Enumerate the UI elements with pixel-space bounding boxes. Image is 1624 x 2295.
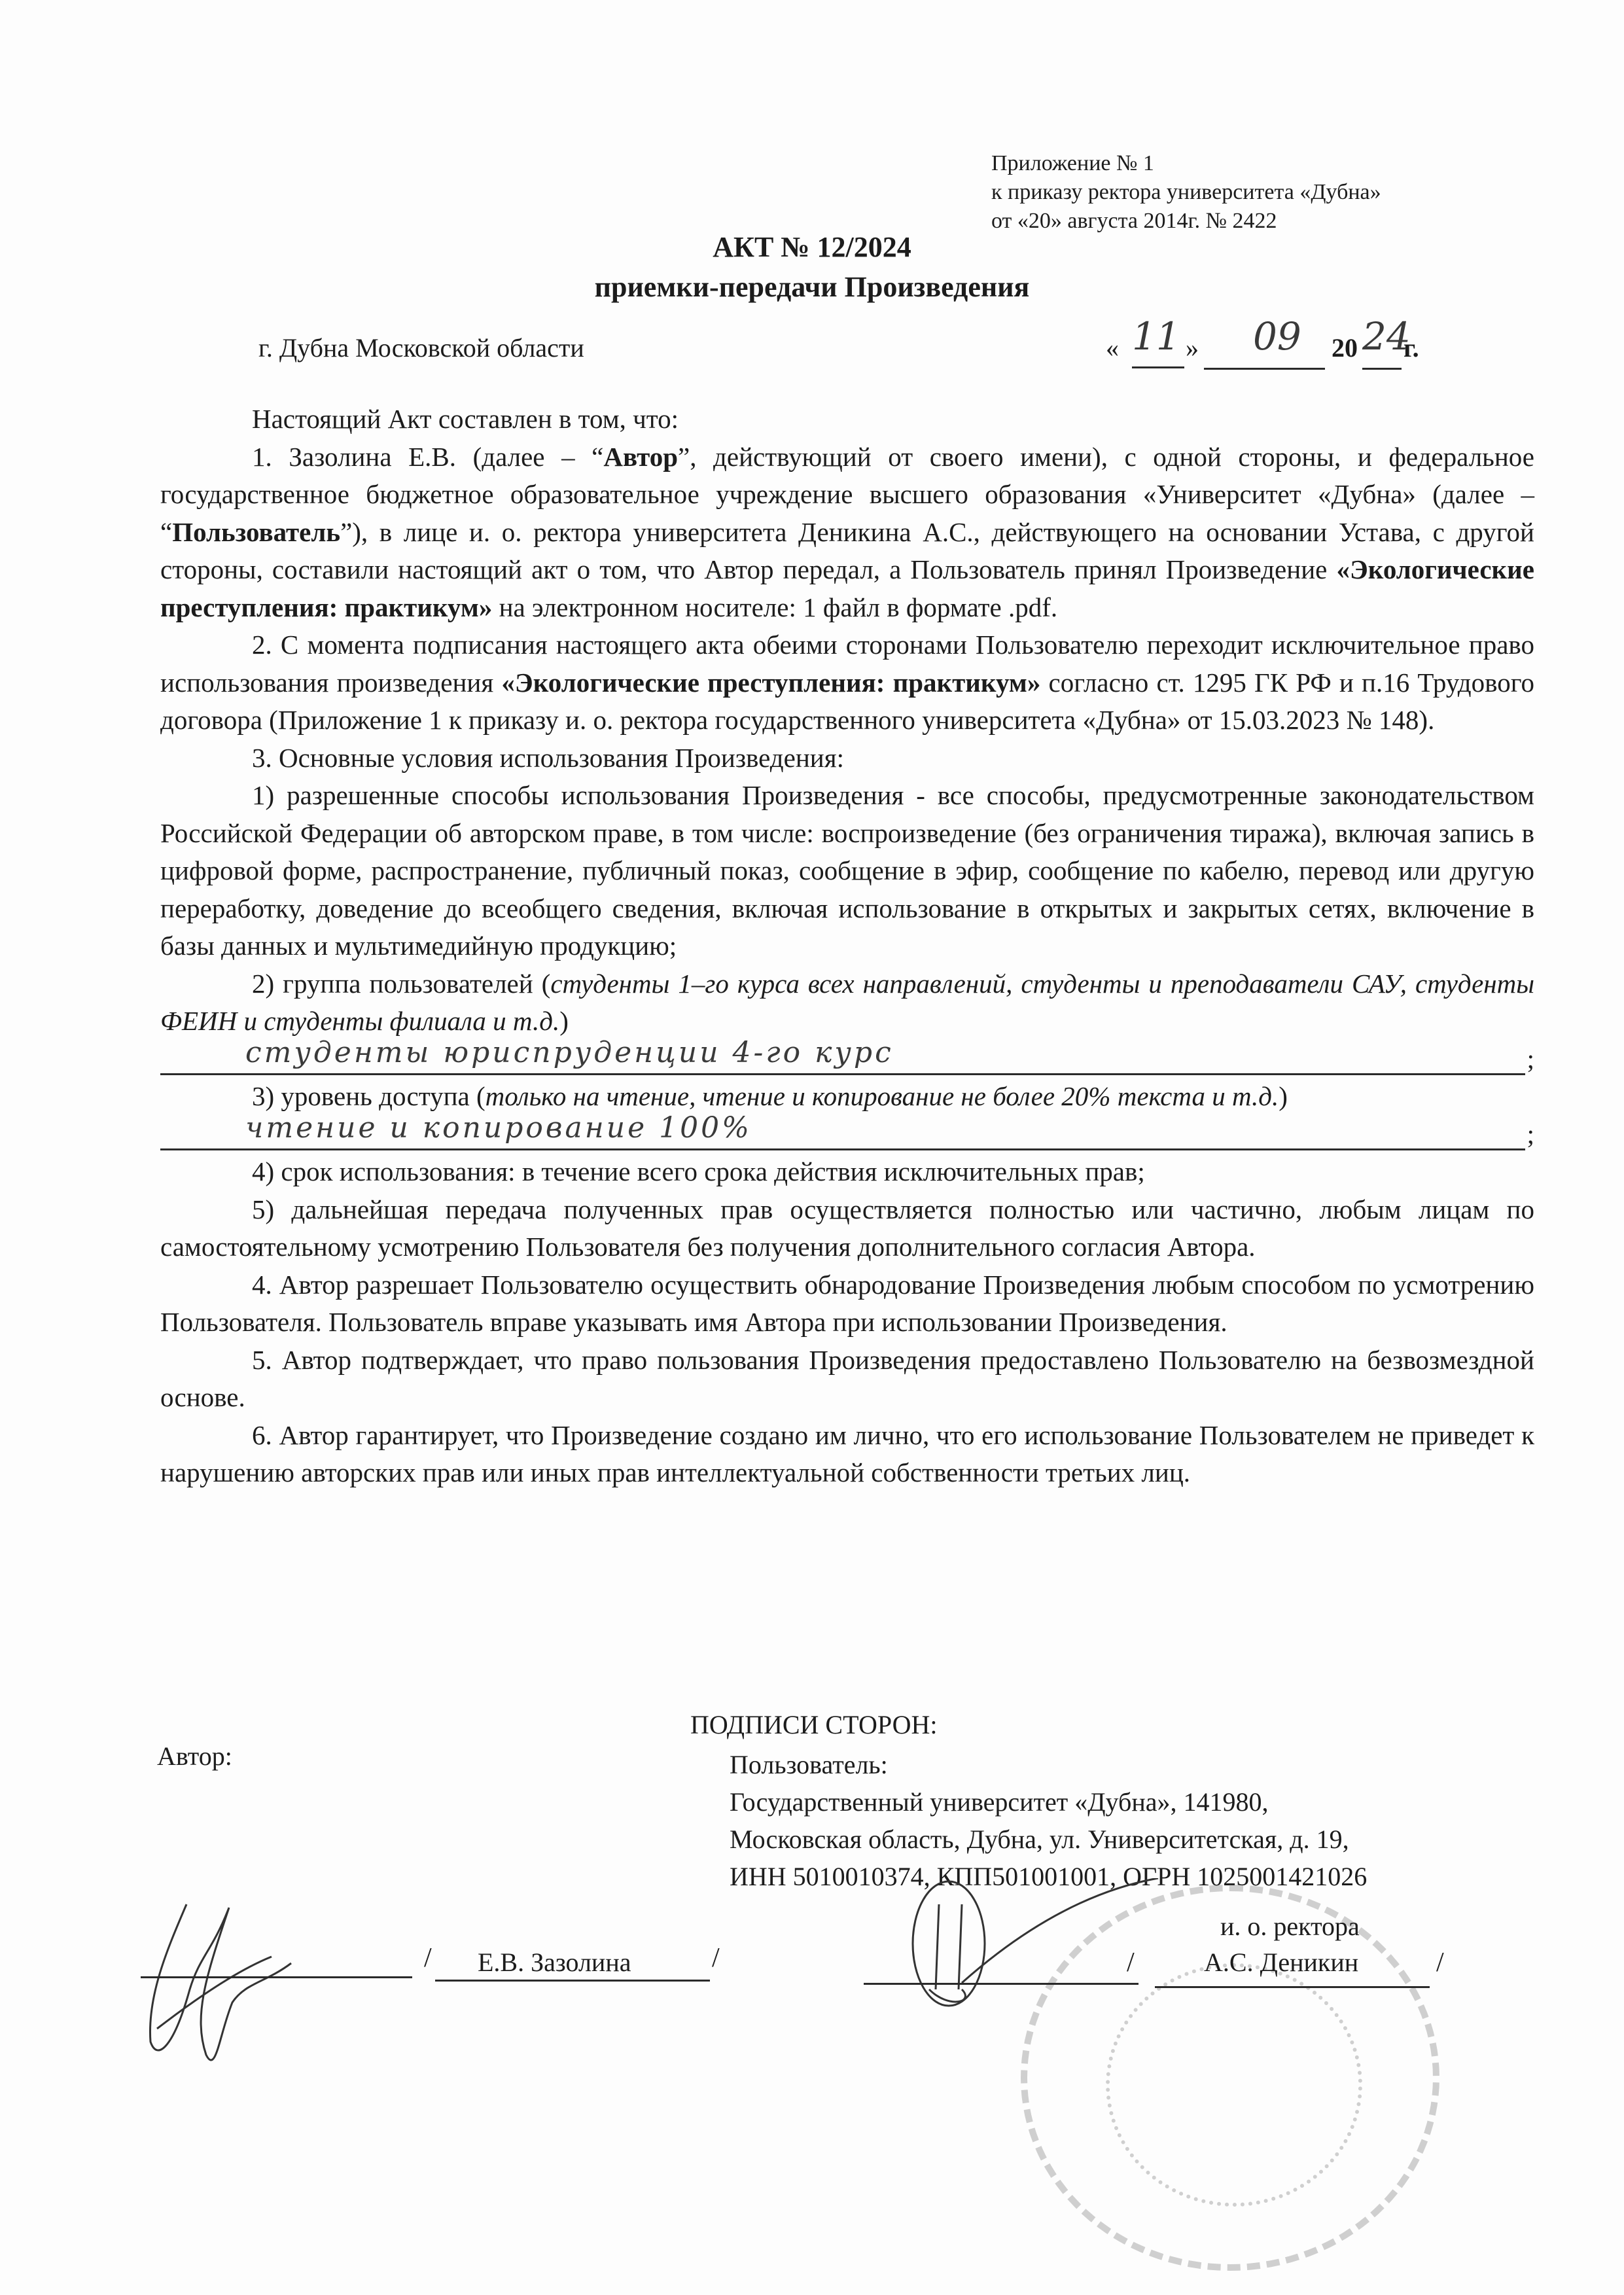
act-subtitle: приемки-передачи Произведения [0,270,1624,304]
act-title: АКТ № 12/2024 [0,230,1624,264]
user-org-line2: Московская область, Дубна, ул. Университ… [730,1821,1367,1858]
author-label: Автор: [157,1741,232,1771]
clause-1: 1. Зазолина Е.В. (далее – “Автор”, дейст… [160,438,1534,627]
signatures-heading: ПОДПИСИ СТОРОН: [690,1709,938,1740]
access-level-underline [160,1148,1525,1150]
condition-3-label: 3) уровень доступа ( [252,1081,485,1111]
date-day-handwritten: 11 [1132,314,1180,359]
condition-1: 1) разрешенные способы использования Про… [160,777,1534,965]
rector-slash-right: / [1436,1947,1444,1978]
condition-4: 4) срок использования: в течение всего с… [160,1153,1534,1191]
author-slash-left: / [424,1942,432,1974]
rector-signature-line [864,1983,1139,1985]
user-group-field: студенты юриспруденции 4-го курс ; [160,1041,1534,1078]
user-label: Пользователь: [730,1746,1367,1783]
rector-name-line [1155,1986,1430,1988]
clause-3: 3. Основные условия использования Произв… [160,739,1534,777]
date-close-quote: » [1186,332,1199,363]
condition-2: 2) группа пользователей (студенты 1–го к… [160,965,1534,1041]
document-page: Приложение № 1 к приказу ректора универс… [0,0,1624,2295]
author-slash-right: / [712,1942,720,1974]
condition-2-label: 2) группа пользователей ( [252,969,550,999]
clause-6: 6. Автор гарантирует, что Произведение с… [160,1417,1534,1492]
user-details: Пользователь: Государственный университе… [730,1746,1367,1895]
rector-signature-icon [890,1878,1165,2035]
act-body: Настоящий Акт составлен в том, что: 1. З… [160,400,1534,1492]
term-author: Автор [603,442,678,472]
rector-slash-left: / [1127,1947,1135,1978]
date-day-underline [1132,366,1184,368]
appendix-order: к приказу ректора университета «Дубна» [991,178,1381,207]
appendix-reference: Приложение № 1 к приказу ректора универс… [991,149,1381,236]
date-month-underline [1204,368,1325,370]
author-signature-icon [141,1898,298,2081]
user-org-line1: Государственный университет «Дубна», 141… [730,1783,1367,1821]
condition-2-close: ) [559,1006,569,1036]
access-level-semicolon: ; [1527,1116,1534,1154]
date-year-underline [1362,368,1402,370]
author-name-line [435,1980,710,1982]
term-user: Пользователь [172,517,340,547]
act-date: « 11 » 09 20 24 г. [1106,314,1472,373]
date-year-prefix: 20 [1332,332,1358,363]
access-level-field: чтение и копирование 100% ; [160,1116,1534,1154]
clause-1-text-c: ”), в лице и. о. ректора университета Де… [160,517,1534,585]
date-month-handwritten: 09 [1253,314,1301,359]
condition-3-close: ) [1279,1081,1288,1111]
intro-text: Настоящий Акт составлен в том, что: [160,400,1534,438]
clause-1-text-d: на электронном носителе: 1 файл в формат… [492,592,1057,622]
condition-3-hint: только на чтение, чтение и копирование н… [485,1081,1279,1111]
date-open-quote: « [1106,332,1119,363]
clause-4: 4. Автор разрешает Пользователю осуществ… [160,1266,1534,1342]
user-group-handwritten: студенты юриспруденции 4-го курс [245,1034,894,1072]
user-group-semicolon: ; [1527,1041,1534,1078]
clause-2: 2. С момента подписания настоящего акта … [160,626,1534,739]
author-name: Е.В. Зазолина [478,1947,631,1978]
appendix-number: Приложение № 1 [991,149,1381,178]
work-title-2: «Экологические преступления: практикум» [501,667,1040,698]
clause-1-text-a: 1. Зазолина Е.В. (далее – “ [252,442,603,472]
access-level-handwritten: чтение и копирование 100% [245,1109,752,1147]
author-signature-line [141,1976,412,1978]
user-group-underline [160,1073,1525,1075]
condition-5: 5) дальнейшая передача полученных прав о… [160,1191,1534,1266]
clause-5: 5. Автор подтверждает, что право пользов… [160,1342,1534,1417]
rector-position: и. о. ректора [1220,1911,1360,1942]
place-of-signing: г. Дубна Московской области [258,332,584,363]
rector-name: А.С. Деникин [1204,1947,1358,1978]
date-year-unit: г. [1403,332,1419,363]
